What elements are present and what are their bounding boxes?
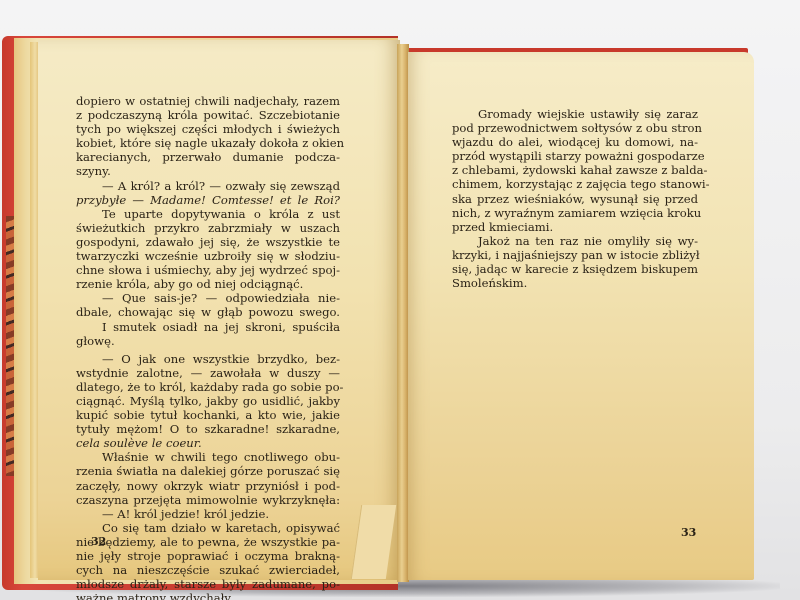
text-line: nie będziemy, ale to pewna, że wszystkie… xyxy=(76,535,340,549)
text-line: młodsze drżały, starsze były zadumane, p… xyxy=(76,577,340,591)
text-line: I smutek osiadł na jej skroni, spuściła xyxy=(76,320,340,334)
text-line: karecianych, przerwało dumanie podcza- xyxy=(76,150,340,164)
text-line: Właśnie w chwili tego cnotliwego obu- xyxy=(76,450,340,464)
text-line: ważne matrony wzdychały. xyxy=(76,591,340,600)
text-line: ska przez wieśniaków, wysunął się przed xyxy=(452,192,698,206)
text-line: chne słowa i uśmiechy, aby jej wydrzeć s… xyxy=(76,263,340,277)
text-line: — O jak one wszystkie brzydko, bez- xyxy=(76,352,340,366)
text-line: świeżutkich przykro zabrzmiały w uszach xyxy=(76,221,340,235)
text-line: tytuły mężom! O to szkaradne! szkaradne, xyxy=(76,422,340,436)
text-line: z chlebami, żydowski kahał zawsze z bald… xyxy=(452,163,698,177)
text-line: przód wystąpili starzy poważni gospodarz… xyxy=(452,149,698,163)
text-line: przed kmieciami. xyxy=(452,220,698,234)
text-line: cela soulève le coeur. xyxy=(76,436,340,450)
text-line: kobiet, które się nagle ukazały dokoła z… xyxy=(76,136,340,150)
left-page-text: dopiero w ostatniej chwili nadjechały, r… xyxy=(76,94,340,600)
text-line: rzenia światła na dalekiej górze porusza… xyxy=(76,464,340,478)
text-line: Smoleńskim. xyxy=(452,276,698,290)
text-line: nich, z wyraźnym zamiarem wzięcia kroku xyxy=(452,206,698,220)
text-line: Te uparte dopytywania o króla z ust xyxy=(76,207,340,221)
text-line: Gromady wiejskie ustawiły się zaraz xyxy=(452,107,698,121)
text-line: tych po większej części młodych i świeży… xyxy=(76,122,340,136)
text-line: przybyłe — Madame! Comtesse! et le Roi? xyxy=(76,193,340,207)
text-line: — A król? a król? — ozwały się zewsząd xyxy=(76,179,340,193)
text-line: wstydnie zalotne, — zawołała w duszy — xyxy=(76,366,340,380)
right-page-text: Gromady wiejskie ustawiły się zaraz pod … xyxy=(452,107,698,290)
text-line: szyny. xyxy=(76,164,340,178)
text-line: krzyki, i najjaśniejszy pan w istocie zb… xyxy=(452,248,698,262)
text-line: kupić sobie tytuł kochanki, a kto wie, j… xyxy=(76,408,340,422)
text-line: dlatego, że to król, każdaby rada go sob… xyxy=(76,380,340,394)
text-line: rzenie króla, aby go od niej odciągnąć. xyxy=(76,277,340,291)
italic-phrase: cela soulève le coeur. xyxy=(76,436,202,450)
text-line: — A! król jedzie! król jedzie. xyxy=(76,507,340,521)
text-line: — Que sais-je? — odpowiedziała nie- xyxy=(76,291,340,305)
text-line: chimem, korzystając z zajęcia tego stano… xyxy=(452,177,698,191)
text-line: się, jadąc w karecie z księdzem biskupem xyxy=(452,262,698,276)
text-line: Co się tam działo w karetach, opisywać xyxy=(76,521,340,535)
text-line: wjazdu do alei, wiodącej ku domowi, na- xyxy=(452,135,698,149)
text-line: cych na nieszczęście szukać zwierciadeł, xyxy=(76,563,340,577)
page-number-left: 32 xyxy=(91,535,106,548)
text-line: Jakoż na ten raz nie omyliły się wy- xyxy=(452,234,698,248)
text-line: gospodyni, zdawało jej się, że wszystkie… xyxy=(76,235,340,249)
text-line: dbale, chowając się w głąb powozu swego. xyxy=(76,305,340,319)
italic-phrase: przybyłe — Madame! Comtesse! et le Roi? xyxy=(76,193,340,207)
text-line: nie jęły stroje poprawiać i oczyma brakn… xyxy=(76,549,340,563)
text-line: głowę. xyxy=(76,334,340,348)
text-line: z podczaszyną króla powitać. Szczebiotan… xyxy=(76,108,340,122)
text-line: pod przewodnictwem sołtysów z obu stron xyxy=(452,121,698,135)
text-line: zaczęły, nowy okrzyk wiatr przyniósł i p… xyxy=(76,479,340,493)
text-line: ciągnąć. Myślą tylko, jakby go usidlić, … xyxy=(76,394,340,408)
text-line: twarzyczki wcześnie uzbroiły się w słodz… xyxy=(76,249,340,263)
text-line: czaszyna przejęta mimowolnie wykrzyknęła… xyxy=(76,493,340,507)
text-line: dopiero w ostatniej chwili nadjechały, r… xyxy=(76,94,340,108)
page-number-right: 33 xyxy=(681,526,696,539)
